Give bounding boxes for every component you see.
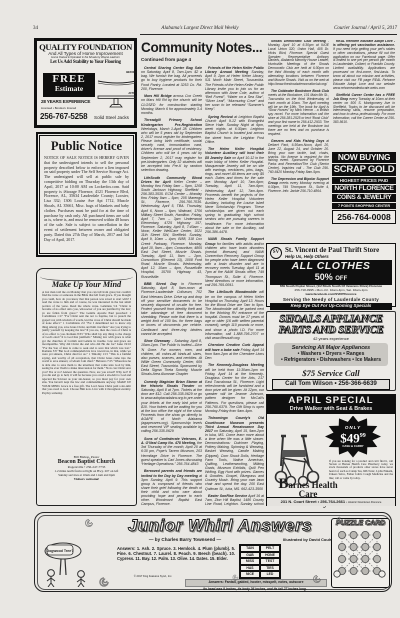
community-note-item: Shoe Giveaway - Saturday, April 8, 10am-… [141, 339, 202, 376]
community-note-item: Comedy Magician Brian Staron at the Hist… [141, 380, 202, 434]
column-title: Make Up Your Mind [42, 280, 131, 289]
community-note-item: Bereaved parents and friends are invited… [141, 469, 202, 506]
st-vincent-thrift-ad: SV St. Vincent de Paul Thrift Store Help… [266, 243, 396, 307]
highest-prices-text: HIGHEST PRICES PAID [332, 177, 396, 184]
community-note-item: The Helen Keller Hospital Volunteer Auxi… [205, 147, 264, 234]
serving-text: Serving the Needy of Lauderdale County [270, 297, 392, 302]
notes-column-3: Shoals Democratic Club Meeting - Monday,… [268, 40, 329, 242]
steel-jacks-text: Solid Steel Jacks [94, 115, 129, 120]
community-note-item: The Coldwater Bookstore Book Club meets … [268, 90, 329, 137]
word-pair-row: HASTIES [240, 565, 280, 572]
shoals-appliance-ad: SHOALS APPLIANCE PARTS AND SERVICE 42 ye… [266, 311, 396, 391]
licensed-text: Licensed • Bonded • Insured [41, 106, 76, 110]
junior-whirl-panel: Junior Whirl Answers — by Charles Barry … [34, 512, 392, 592]
community-note-item: Spring Revival at Leighton Baptist Churc… [205, 115, 264, 144]
word-pair-row: NICELED [240, 571, 280, 578]
pharmacy-address: 231 N. Court Street • 256-764-2661 • His… [267, 497, 395, 506]
community-note-item: The LifeSouth Bloodmobile will be on the… [205, 290, 264, 340]
now-buying-text: NOW BUYING [332, 152, 396, 163]
drop-cap: B [278, 476, 288, 492]
column-body: A lost man told me on Monday that you ca… [42, 291, 131, 453]
cartoon-face-left [334, 571, 340, 577]
cash-carry-text: CASH & CARRY [342, 445, 363, 448]
puzzle-card-grid [332, 527, 387, 581]
notes-column-1: Central Sharing Center Bag Sale on Satur… [141, 66, 202, 507]
ad-tagline: Home Owned & Operated in the Shoals by W… [39, 56, 132, 59]
price-starburst: ONLY $4999 CASH & CARRY [325, 416, 381, 458]
community-note-item: Geezers and Kids Fishing Days at Deibert… [268, 140, 329, 175]
illustrator-credit: Illustrated by David Coulson [283, 537, 337, 542]
after-floor-illustration [97, 95, 137, 108]
store-name-line1: NORTH FLORENCE [332, 185, 396, 193]
before-label: BEFORE [97, 71, 137, 74]
ad-headline: Let Us Add Stability to Your Flooring [39, 60, 132, 65]
store-name-line2: COINS & JEWELRY [332, 194, 396, 202]
community-note-item: Shoals Democratic Club Meeting - Monday,… [268, 40, 329, 87]
community-note-item: Easter SonRise Service April 16 at 7am, … [205, 494, 264, 507]
store-tagline: Help Us, Help Others [285, 254, 379, 259]
swirl-decoration [97, 575, 111, 589]
page-number: 34 [33, 26, 38, 31]
header-rule [140, 34, 397, 35]
discount-pct: 50% [315, 272, 333, 282]
notes-column-2: Friends of the Helen Keller Public Libra… [205, 66, 264, 507]
april-special-title: APRIL SPECIAL [267, 396, 395, 406]
ad-phone: 256-767-5258 [40, 112, 87, 121]
puzzle-card: PUZZLE CARD [331, 518, 390, 588]
community-note-item: Tishomingo County's Old Courthouse Museu… [205, 416, 264, 490]
price-cents: 99 [360, 433, 366, 439]
junior-whirl-title: Junior Whirl Answers [105, 516, 335, 536]
experience-text: 28 YEARS EXPERIENCE [41, 99, 90, 104]
make-up-your-mind-column: Make Up Your Mind A lost man told me on … [36, 268, 137, 506]
community-note-item: Sons of Confederate Veterans, E. A. O'Ne… [141, 437, 202, 466]
public-notice-box: Public Notice NOTICE OF SALE NOTICE IS H… [36, 132, 137, 257]
church-welcome: Visitors welcome! [42, 477, 131, 481]
call-phone-line: Call Tom Wilson • 256-366-6639 [272, 379, 390, 390]
word-pair-row: GABHONE [240, 552, 280, 559]
tree-cartoon: Dogwood Tree? [41, 541, 99, 587]
tree-quiz-answers: Answers: 1. Ash. 2. Spruce. 3. Hemlock. … [117, 546, 235, 561]
svdp-logo-icon: SV [270, 247, 282, 259]
newspaper-page: 34 Alabama's Largest Direct Mail Weekly … [0, 0, 400, 618]
store-facebook: www.facebook.com/SVDPFlorence [306, 292, 357, 296]
community-note-item: NAMI Shoals Family Support Group for fam… [205, 237, 264, 287]
community-note-item: BBB Shred Day in Florence Saturday, Apri… [141, 282, 202, 336]
public-notice-title: Public Notice [44, 139, 129, 154]
riddle-banner: Its head was 9 inches, its body 36 inche… [185, 587, 325, 592]
continued-from-label: Continued from page 4 [141, 57, 191, 62]
ad-title-line2: PARTS AND SERVICE [270, 325, 392, 336]
april-special-ad: APRIL SPECIAL Drive Walker with Seat & B… [266, 394, 396, 506]
store-name: St. Vincent de Paul Thrift Store [285, 246, 379, 254]
word-puzzle-answers-strip: Answers: Fantail, gabled, hooter, misspe… [185, 579, 327, 587]
cartoon-face-right [379, 571, 385, 577]
quality-foundation-ad: QUALITY FOUNDATION And All Types of Home… [34, 38, 137, 128]
community-note-item: The Kennedy-Douglass Meeting will be hel… [205, 363, 264, 413]
community-note-item: The Depression and Bipolar Support Group… [268, 178, 329, 194]
service-call-price: $75 Service Call [270, 368, 392, 378]
swirl-decoration [231, 573, 240, 582]
community-note-item: Mars Hill Bridge across Cox Creek on Mar… [141, 94, 202, 115]
community-notes-title: Community Notes... [141, 40, 267, 55]
now-buying-phone: 256-764-0008 [332, 210, 396, 224]
specials-strip: Keep Eye Out For Up-Coming Specials [270, 303, 392, 310]
public-notice-body: NOTICE OF SALE NOTICE IS HEREBY GIVEN th… [44, 156, 129, 242]
notes-column-4: REAL Rehome Educate Adopt Love - is offe… [333, 40, 395, 151]
community-note-item: Threadgill Primary School Kindergarten P… [141, 118, 202, 172]
byline: — by Charles Barry Townsend — [115, 537, 255, 542]
community-note-item: Friends of the Helen Keller Public Libra… [205, 66, 264, 111]
community-note-item: Central Sharing Center Bag Sale on Satur… [141, 66, 202, 91]
community-note-item: LifeSouth Community Blood Drives for Apr… [141, 176, 202, 279]
community-note-item: Sheffield Career Center has a FREE Job S… [333, 94, 395, 125]
masthead-tagline: Alabama's Largest Direct Mail Weekly [120, 26, 280, 31]
word-pair-row: TAINPELT [240, 545, 280, 552]
now-buying-scrap-gold-ad: NOW BUYING SCRAP GOLD HIGHEST PRICES PAI… [332, 152, 396, 242]
free-estimate-box: FREE Estimate [43, 73, 95, 97]
svg-text:Dogwood Tree?: Dogwood Tree? [47, 549, 74, 553]
word-pair-row: MISSTEST [240, 558, 280, 565]
before-after-diagram: BEFORE AFTER [97, 71, 137, 101]
shopping-center-text: 7 POINTS SHOPPING CENTER [332, 203, 396, 209]
paper-date: Courier Journal / April 5, 2017 [280, 26, 397, 31]
community-note-item: Cherokee Creative Curb Appeal will have … [205, 343, 264, 360]
copyright-text: © 2017 King Features Synd., Inc. [123, 575, 183, 578]
ad-fine-print: If you are looking for a product and can… [329, 460, 393, 481]
community-note-item: REAL Rehome Educate Adopt Love - is offe… [333, 40, 395, 90]
before-floor-illustration [97, 78, 137, 87]
appliance-list-2: • Refrigerators • Dishwashers • Ice Make… [274, 357, 388, 363]
off-text: OFF [335, 276, 347, 282]
swirl-decoration [335, 515, 345, 525]
swirl-decoration [83, 517, 95, 529]
scrap-gold-text: SCRAP GOLD [332, 164, 396, 176]
all-clothes-text: ALL CLOTHES [270, 261, 392, 272]
experience-text: 42 years experience [270, 336, 392, 341]
services-box: Servicing All Major Appliances • Washers… [274, 343, 388, 366]
ad-title-line1: SHOALS APPLIANCE [270, 314, 392, 325]
church-info: Bill Bishop, Pastor Beacon Baptist Churc… [42, 455, 131, 481]
swirl-decoration [311, 573, 323, 585]
estimate-text: Estimate [43, 85, 95, 93]
april-special-header: APRIL SPECIAL Drive Walker with Seat & B… [267, 395, 395, 414]
all-clothes-banner: ALL CLOTHES 50% OFF [270, 260, 392, 285]
walker-subtitle: Drive Walker with Seat & Brakes [267, 406, 395, 413]
